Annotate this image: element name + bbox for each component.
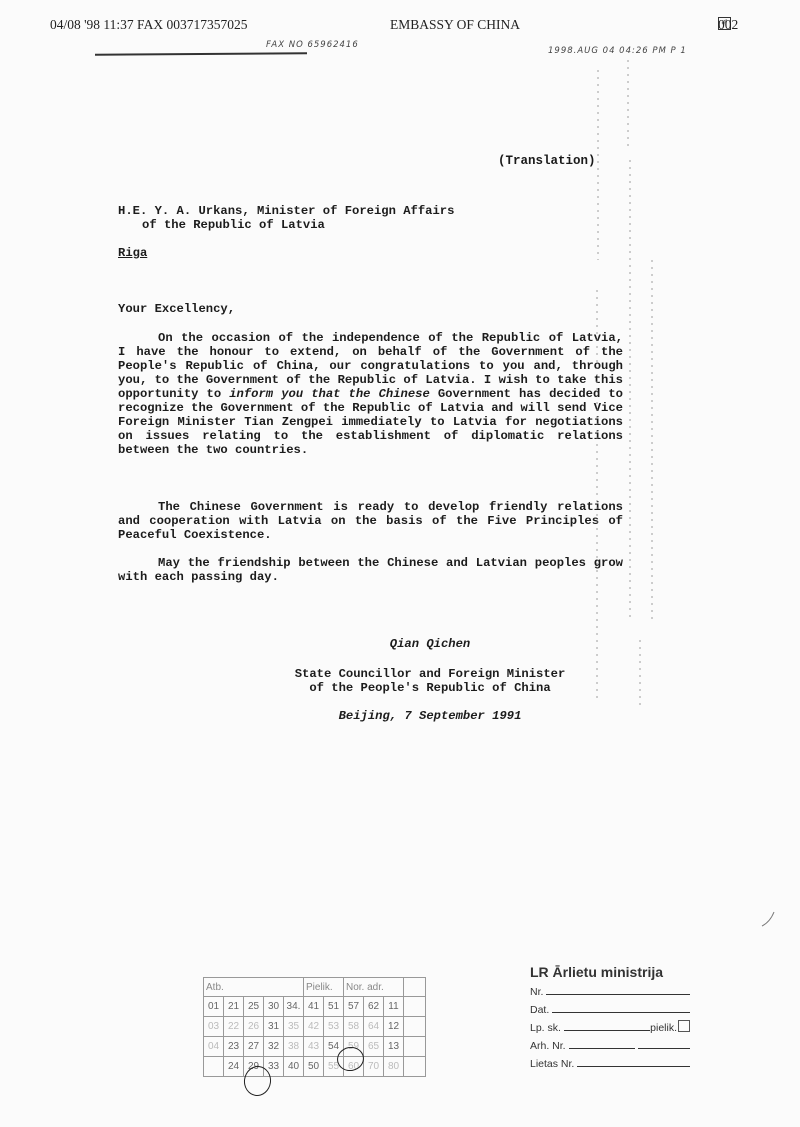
pen-stroke-mark (760, 910, 780, 930)
fax-page-number: 002 (718, 17, 738, 33)
paragraph-1: On the occasion of the independence of t… (118, 331, 623, 457)
addressee-line-2: of the Republic of Latvia (118, 218, 623, 232)
stamp-field-pages: Lp. sk.pielik. (530, 1016, 690, 1034)
registry-cell: 27 (244, 1037, 264, 1057)
signatory-title-line-2: of the People's Republic of China (240, 681, 620, 695)
registry-cell: 30 (264, 997, 284, 1017)
blank-line (577, 1066, 690, 1067)
registry-header: Nor. adr. (344, 978, 404, 997)
translation-label: (Translation) (498, 154, 596, 168)
registry-grid-stamp: Atb. Pielik. Nor. adr. 0121253034.415157… (203, 977, 426, 1077)
registry-cell: 80 (384, 1057, 404, 1077)
stamp-field-label: Arh. Nr. (530, 1040, 566, 1052)
registry-cell: 57 (344, 997, 364, 1017)
registry-cell: 70 (364, 1057, 384, 1077)
registry-cell: 32 (264, 1037, 284, 1057)
registry-cell: 13 (384, 1037, 404, 1057)
registry-cell: 50 (304, 1057, 324, 1077)
paragraph-3: May the friendship between the Chinese a… (118, 556, 623, 584)
stamp-field-label: Lp. sk. (530, 1022, 561, 1034)
stamp-field-label: Lietas Nr. (530, 1058, 574, 1070)
registry-cell: 41 (304, 997, 324, 1017)
stamp-field-label: Dat. (530, 1004, 549, 1016)
registry-cell: 65 (364, 1037, 384, 1057)
addressee-block: H.E. Y. A. Urkans, Minister of Foreign A… (118, 204, 623, 232)
registry-cell (404, 997, 426, 1017)
salutation: Your Excellency, (118, 302, 623, 316)
addressee-line-1: H.E. Y. A. Urkans, Minister of Foreign A… (118, 204, 623, 218)
fax-header: 04/08 '98 11:37 FAX 003717357025 EMBASSY… (50, 17, 790, 33)
registry-cell: 40 (284, 1057, 304, 1077)
registry-row: 0121253034.4151576211 (204, 997, 426, 1017)
addressee-city: Riga (118, 246, 147, 260)
paragraph-2: The Chinese Government is ready to devel… (118, 500, 623, 542)
signatory-title-line-1: State Councillor and Foreign Minister (240, 667, 620, 681)
registry-cell: 04 (204, 1037, 224, 1057)
registry-cell: 64 (364, 1017, 384, 1037)
registry-cell: 01 (204, 997, 224, 1017)
registry-cell (404, 1017, 426, 1037)
stamp-field-nr: Nr. (530, 980, 690, 998)
registry-header (404, 978, 426, 997)
fax-received-stamp: 1998.AUG 04 04:26 PM P 1 (548, 46, 687, 56)
registry-cell: 11 (384, 997, 404, 1017)
registry-cell: 21 (224, 997, 244, 1017)
paragraph-2-text: The Chinese Government is ready to devel… (118, 500, 623, 542)
registry-body: 0121253034.41515762110322263135425358641… (204, 997, 426, 1077)
registry-cell (404, 1057, 426, 1077)
blank-line (552, 1012, 690, 1013)
registry-cell: 24 (224, 1057, 244, 1077)
stamp-field-date: Dat. (530, 998, 690, 1016)
ministry-stamp-title: LR Ārlietu ministrija (530, 964, 690, 980)
paragraph-1-italic: inform you that the Chinese (229, 387, 430, 401)
blank-line (569, 1048, 635, 1049)
registry-cell: 22 (224, 1017, 244, 1037)
signatory-name: Qian Qichen (240, 637, 620, 651)
registry-cell: 53 (324, 1017, 344, 1037)
stamp-field-case: Lietas Nr. (530, 1052, 690, 1070)
registry-cell: 34. (284, 997, 304, 1017)
paragraph-3-text: May the friendship between the Chinese a… (118, 556, 623, 584)
registry-cell: 31 (264, 1017, 284, 1037)
attachment-checkbox (678, 1020, 690, 1032)
registry-cell: 43 (304, 1037, 324, 1057)
blank-line (638, 1048, 690, 1049)
signatory-title: State Councillor and Foreign Minister of… (240, 667, 620, 695)
registry-row: 03222631354253586412 (204, 1017, 426, 1037)
fax-transmission-info: 04/08 '98 11:37 FAX 003717357025 (50, 17, 247, 33)
registry-cell: 38 (284, 1037, 304, 1057)
registry-cell: 03 (204, 1017, 224, 1037)
registry-cell: 51 (324, 997, 344, 1017)
registry-cell: 23 (224, 1037, 244, 1057)
registry-header: Atb. (204, 978, 304, 997)
registry-cell: 62 (364, 997, 384, 1017)
registry-header-row: Atb. Pielik. Nor. adr. (204, 978, 426, 997)
registry-cell: 26 (244, 1017, 264, 1037)
registry-row: 04232732384354596513 (204, 1037, 426, 1057)
fax-sender: EMBASSY OF CHINA (390, 17, 520, 33)
registry-header: Pielik. (304, 978, 344, 997)
registry-row: 242933405055607080 (204, 1057, 426, 1077)
registry-cell: 58 (344, 1017, 364, 1037)
registry-cell (204, 1057, 224, 1077)
registry-cell (404, 1037, 426, 1057)
blank-line (546, 994, 690, 995)
registry-cell: 42 (304, 1017, 324, 1037)
fax-number-line: FAX NO 65962416 (266, 40, 359, 50)
stamp-field-attachment-label: pielik. (650, 1022, 677, 1034)
registry-cell: 12 (384, 1017, 404, 1037)
stamp-field-archive: Arh. Nr. (530, 1034, 690, 1052)
blank-line (564, 1030, 650, 1031)
stamp-field-label: Nr. (530, 986, 543, 998)
ministry-stamp: LR Ārlietu ministrija Nr. Dat. Lp. sk.pi… (530, 964, 690, 1070)
fax-underline-rule (95, 52, 307, 55)
registry-cell: 25 (244, 997, 264, 1017)
registry-cell: 35 (284, 1017, 304, 1037)
place-and-date: Beijing, 7 September 1991 (240, 709, 620, 723)
